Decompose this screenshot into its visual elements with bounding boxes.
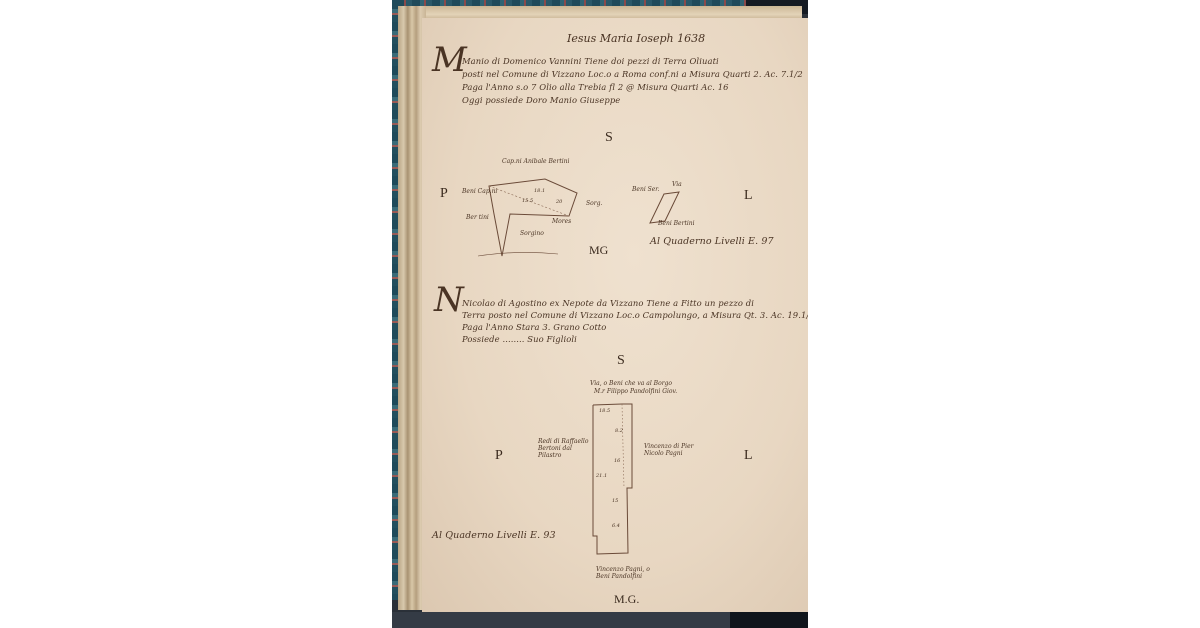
map-2-measure: 6.4 (612, 523, 620, 529)
map-2-measure: 16 (614, 458, 620, 464)
scan-bottom-border-dark (730, 612, 808, 628)
map-2-label: Vincenzo di Pier Nicolo Pagni (644, 443, 700, 457)
map-2-measure: 21.1 (596, 473, 607, 479)
map-2-measure: 15 (612, 498, 618, 504)
manuscript-page: Iesus Maria Ioseph 1638 M Manio di Domen… (422, 18, 808, 612)
map-2-reference: Al Quaderno Livelli E. 93 (432, 530, 556, 541)
map-2-label: Redi di Raffaello Bertoni dal Pilastro (538, 438, 594, 459)
map-2-label: M.r Filippo Pandolfini Giov. (594, 388, 677, 395)
map-2-label: Via, o Beni che va al Borgo (590, 380, 672, 387)
map-2-measure: 8.2 (615, 428, 623, 434)
map-2-measure: 18.5 (599, 408, 610, 414)
map-2-label: Vincenzo Pagni, o Beni Pandolfini (596, 566, 660, 580)
manuscript-scan: Iesus Maria Ioseph 1638 M Manio di Domen… (392, 0, 808, 628)
